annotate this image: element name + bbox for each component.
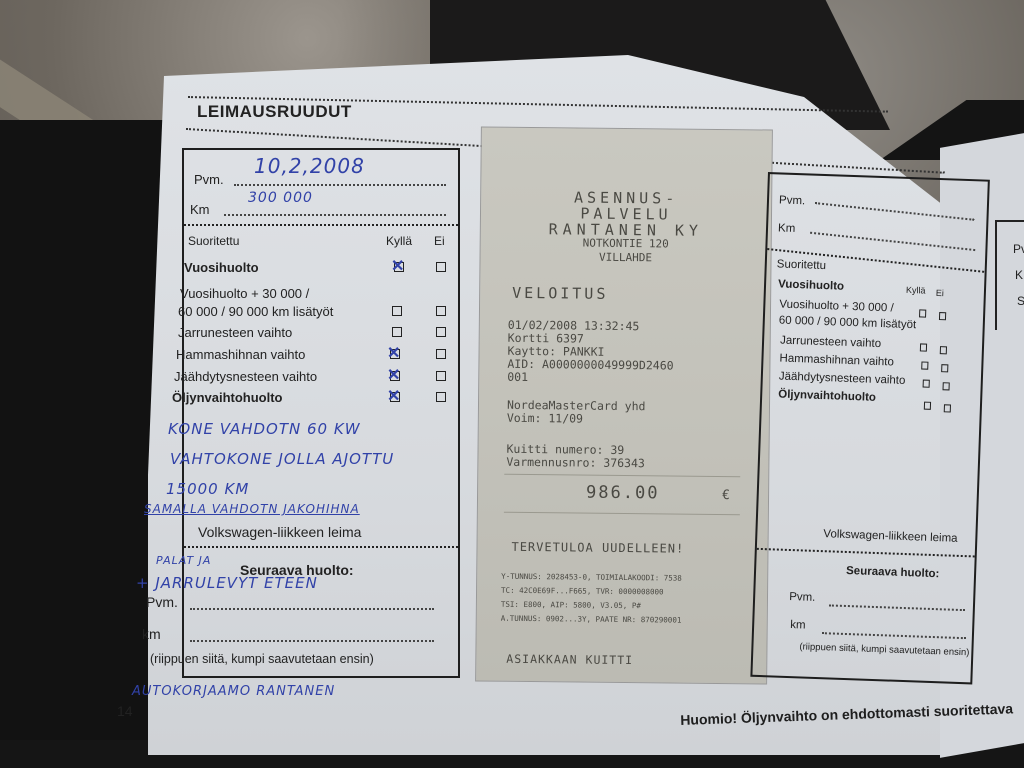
next-service-note: (riippuen siitä, kumpi saavutetaan ensin…: [150, 652, 374, 666]
service-stamp-box-right: Pvm. Km Suoritettu Vuosihuolto Kyllä Ei …: [750, 172, 989, 684]
right-checkbox-yes-4[interactable]: [923, 380, 930, 388]
right-next-km-line: [822, 632, 966, 639]
handwritten-next-2: + JARRULEVYT ETEEN: [136, 574, 318, 592]
receipt-thanks: TERVETULOA UUDELLEEN!: [511, 540, 684, 556]
right-next-service-title: Seuraava huolto:: [846, 565, 940, 580]
receipt-currency: €: [722, 488, 730, 503]
receipt-rule-2: [504, 512, 740, 515]
pvm-handwritten-value: 10,2,2008: [254, 154, 365, 178]
handwritten-note-3: 15000 KM: [166, 480, 249, 498]
right-yes-header: Kyllä: [906, 285, 926, 296]
next-km-line: [190, 640, 434, 642]
next-page-box: Pv K S: [995, 220, 1024, 330]
receipt-aid-2: 001: [507, 370, 528, 384]
receipt-verification: Varmennusnro: 376343: [506, 455, 645, 470]
payment-receipt: ASENNUS- PALVELU RANTANEN KY NOTKONTIE 1…: [475, 126, 773, 684]
checkbox-no-oljynvaihto[interactable]: [436, 392, 446, 402]
receipt-city: VILLAHDE: [480, 249, 770, 265]
km-label: Km: [190, 202, 210, 217]
right-no-header: Ei: [936, 288, 944, 298]
right-item-jaahdytysneste: Jäähdytysnesteen vaihto: [779, 371, 906, 387]
right-pvm-line: [815, 202, 974, 221]
right-checkbox-yes-3[interactable]: [921, 361, 928, 369]
checkbox-yes-jarruneste[interactable]: [392, 327, 402, 337]
handwritten-note-2: VAHTOKONE JOLLA AJOTTU: [170, 450, 394, 468]
right-checkbox-no-1[interactable]: [939, 312, 946, 320]
checkbox-yes-hammashihna[interactable]: [390, 349, 400, 359]
item-label-jaahdytysneste: Jäähdytysnesteen vaihto: [174, 369, 317, 384]
right-checkbox-no-2[interactable]: [940, 346, 947, 354]
item-label-oljynvaihto: Öljynvaihtohuolto: [172, 390, 283, 405]
next-pvm-label: Pvm.: [146, 594, 178, 610]
stamp-label: Volkswagen-liikkeen leima: [198, 524, 361, 540]
next-pvm-line: [190, 608, 434, 610]
no-header: Ei: [434, 234, 445, 248]
right-checkbox-yes-5[interactable]: [924, 402, 931, 410]
right-item-hammashihna: Hammashihnan vaihto: [779, 353, 894, 369]
section-title: LEIMAUSRUUDUT: [197, 102, 352, 122]
next-km-label: km: [142, 626, 161, 642]
background-left-shadow: [0, 120, 170, 768]
checkbox-no-jaahdytysneste[interactable]: [436, 371, 446, 381]
right-item-jarruneste: Jarrunesteen vaihto: [780, 335, 881, 351]
checkbox-no-hammashihna[interactable]: [436, 349, 446, 359]
checkbox-no-jarruneste[interactable]: [436, 327, 446, 337]
pvm-label: Pvm.: [194, 172, 224, 187]
handwritten-signature: AUTOKORJAAMO RANTANEN: [132, 684, 335, 699]
right-done-header: Suoritettu: [777, 258, 827, 272]
receipt-aid: AID: A0000000049999D2460: [507, 357, 673, 373]
km-line: [224, 214, 446, 216]
yes-header: Kyllä: [386, 234, 412, 248]
right-stamp-label: Volkswagen-liikkeen leima: [823, 528, 958, 545]
checkbox-yes-oljynvaihto[interactable]: [390, 392, 400, 402]
receipt-fine-3: TSI: E800, AIP: 5800, V3.05, P#: [501, 600, 641, 610]
right-next-pvm-label: Pvm.: [789, 591, 816, 604]
handwritten-note-1: KONE VAHDOTN 60 KW: [168, 420, 361, 438]
done-header: Suoritettu: [188, 234, 239, 248]
right-item-vuosihuolto-plus: Vuosihuolto + 30 000 /: [779, 298, 894, 314]
checkbox-yes-vuosihuolto-plus[interactable]: [392, 306, 402, 316]
handwritten-note-4: SAMALLA VAHDOTN JAKOHIHNA: [144, 502, 360, 516]
next-page-pvm: Pv: [1013, 242, 1024, 256]
item-label-jarruneste: Jarrunesteen vaihto: [178, 325, 292, 340]
right-next-pvm-line: [829, 604, 965, 611]
item-label-vuosihuolto-plus: Vuosihuolto + 30 000 /: [180, 286, 309, 301]
km-handwritten-value: 300 000: [248, 190, 313, 206]
receipt-fine-2: TC: 42C0E69F...F665, TVR: 0000008000: [501, 586, 664, 597]
receipt-rule-1: [504, 474, 740, 477]
receipt-type: VELOITUS: [512, 284, 608, 303]
right-next-service-note: (riippuen siitä, kumpi saavutetaan ensin…: [799, 641, 969, 658]
checkbox-no-vuosihuolto[interactable]: [436, 262, 446, 272]
pvm-line: [234, 184, 446, 186]
receipt-amount: 986.00: [586, 483, 660, 504]
right-pvm-label: Pvm.: [779, 194, 806, 207]
receipt-copy-label: ASIAKKAAN KUITTI: [506, 652, 633, 667]
service-stamp-box-left: Pvm. 10,2,2008 Km 300 000 Suoritettu Kyl…: [182, 148, 460, 678]
right-divider-2: [757, 548, 975, 558]
item-label-hammashihna: Hammashihnan vaihto: [176, 347, 305, 362]
right-next-km-label: km: [790, 619, 806, 632]
right-checkbox-no-5[interactable]: [944, 404, 951, 412]
form-divider: [184, 224, 458, 226]
checkbox-yes-jaahdytysneste[interactable]: [390, 371, 400, 381]
item-label-vuosihuolto-plus-2: 60 000 / 90 000 km lisätyöt: [178, 304, 333, 319]
receipt-fine-1: Y-TUNNUS: 2028453-0, TOIMIALAKOODI: 7538: [501, 572, 682, 583]
right-item-oljynvaihto: Öljynvaihtohuolto: [778, 388, 876, 403]
right-checkbox-no-3[interactable]: [941, 364, 948, 372]
checkbox-yes-vuosihuolto[interactable]: [394, 262, 404, 272]
right-checkbox-yes-1[interactable]: [919, 309, 926, 317]
right-item-vuosihuolto: Vuosihuolto: [778, 278, 844, 292]
handwritten-next-1: PALAT JA: [156, 554, 211, 567]
checkbox-no-vuosihuolto-plus[interactable]: [436, 306, 446, 316]
receipt-fine-4: A.TUNNUS: 0902...3Y, PAATE NR: 870290001: [501, 614, 682, 625]
right-km-line: [810, 232, 975, 251]
page-number: 14: [117, 703, 133, 719]
right-km-label: Km: [778, 222, 796, 235]
form-divider-2: [184, 546, 458, 548]
right-item-vuosihuolto-plus-2: 60 000 / 90 000 km lisätyöt: [779, 314, 917, 331]
next-page-km: K: [1015, 268, 1023, 282]
right-checkbox-yes-2[interactable]: [920, 343, 927, 351]
next-page-suoritettu: S: [1017, 294, 1024, 308]
receipt-valid: Voim: 11/09: [507, 411, 583, 426]
right-checkbox-no-4[interactable]: [942, 382, 949, 390]
item-label-vuosihuolto: Vuosihuolto: [184, 260, 259, 275]
